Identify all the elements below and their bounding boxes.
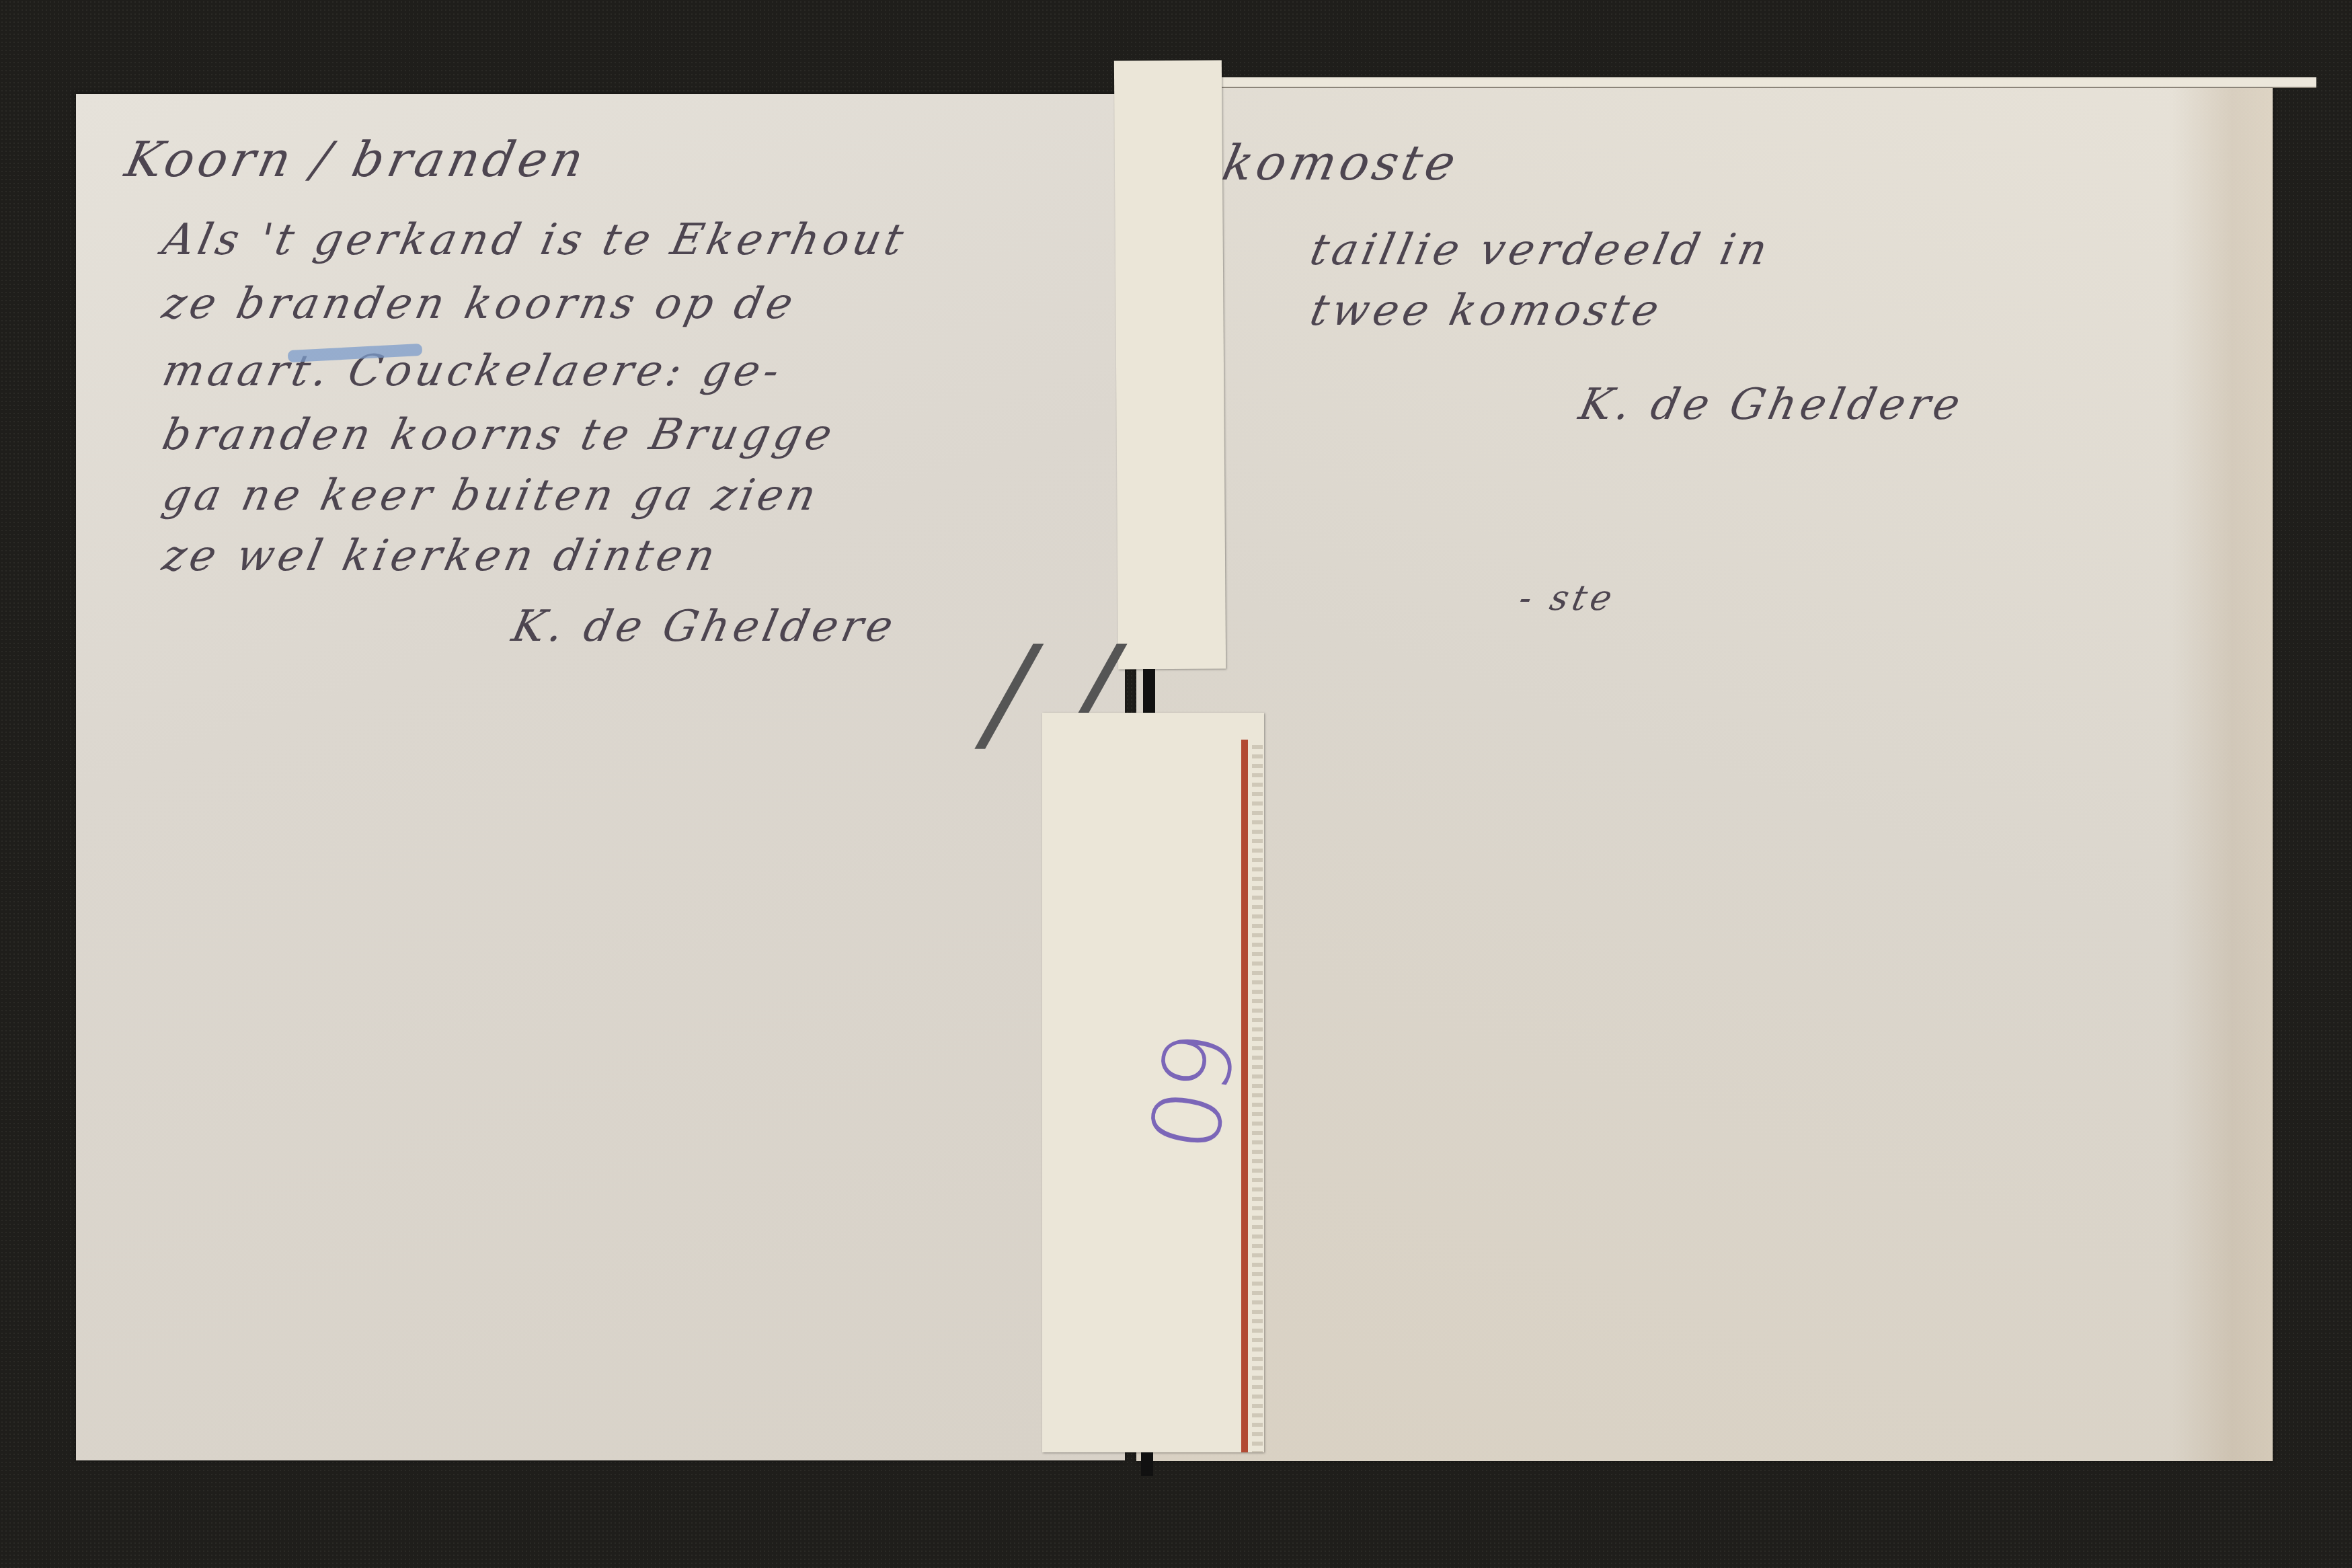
perforated-edge — [1252, 740, 1263, 1452]
edge-stain — [2172, 84, 2273, 1461]
left-signature: K. de Gheldere — [508, 602, 901, 652]
right-line-1: taillie verdeeld in — [1306, 225, 1776, 275]
pasted-slip-bottom: 60 — [1042, 713, 1264, 1452]
right-signature: K. de Gheldere — [1575, 380, 1968, 430]
binding-thread — [1143, 669, 1155, 716]
top-fold-strip — [1173, 77, 2316, 88]
left-line-2: ze branden koorns op de — [158, 279, 801, 329]
left-line-3: maart. Couckelaere: ge- — [158, 346, 787, 396]
left-line-4: branden koorns te Brugge — [158, 410, 840, 460]
right-page-title: komoste — [1218, 134, 1464, 191]
right-page: komoste taillie verdeeld in twee komoste… — [1136, 84, 2273, 1461]
pasted-slip-top — [1114, 60, 1226, 669]
right-line-2: twee komoste — [1306, 286, 1667, 336]
left-line-1: Als 't gerkand is te Ekerhout — [158, 215, 911, 265]
left-line-5: ga ne keer buiten ga zien — [158, 471, 824, 520]
left-page: Koorn / branden Als 't gerkand is te Eke… — [76, 94, 1125, 1460]
red-rule-line — [1241, 740, 1248, 1452]
folio-number: 60 — [1125, 1022, 1253, 1159]
right-annotation: - ste — [1516, 578, 1620, 619]
left-line-6: ze wel kierken dinten — [158, 531, 723, 581]
left-page-title: Koorn / branden — [120, 131, 592, 188]
binding-thread-bottom — [1141, 1452, 1153, 1476]
